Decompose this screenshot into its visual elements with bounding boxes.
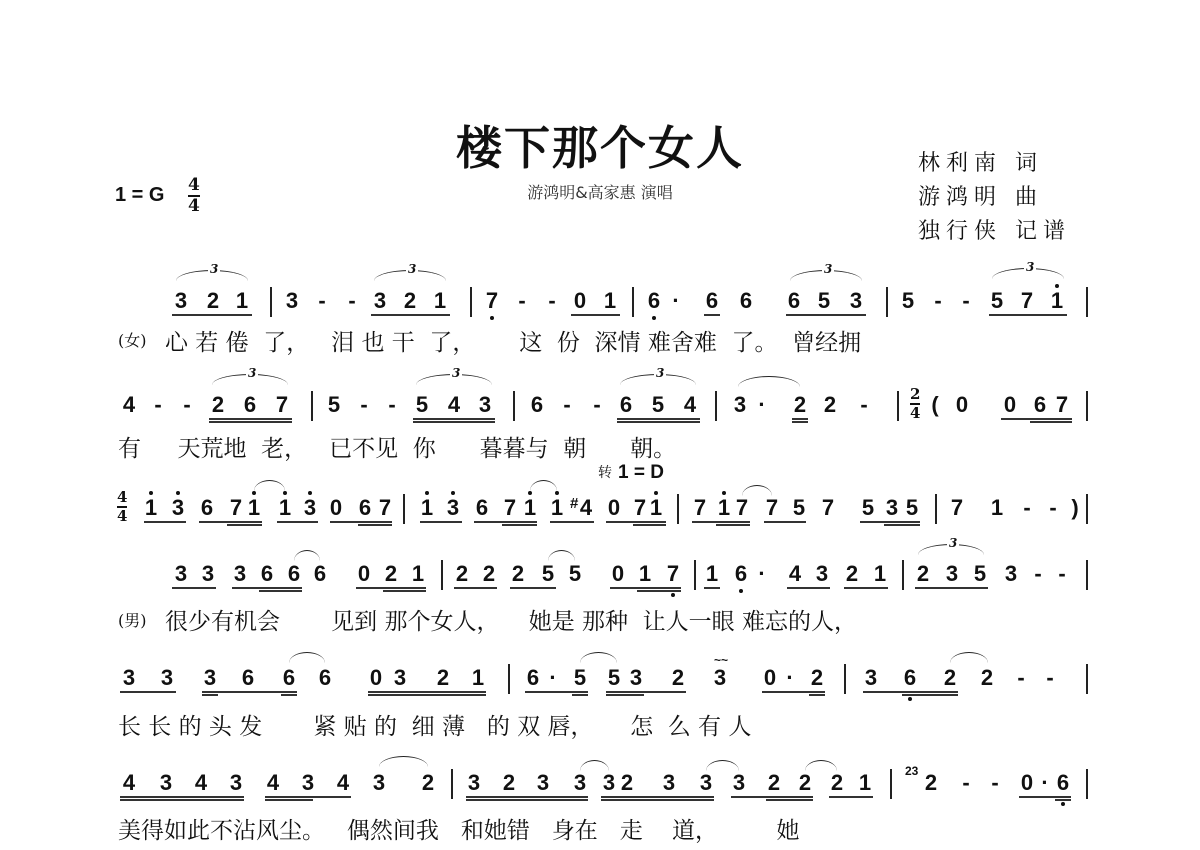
note: 2: [822, 394, 838, 416]
note: 1: [277, 497, 293, 519]
beam-underline: [1030, 421, 1072, 423]
slur-arc: [950, 652, 988, 663]
beam-underline: [202, 694, 218, 696]
beam-underline: [731, 796, 813, 798]
note: ·: [1037, 772, 1053, 794]
slur-arc: [580, 652, 617, 663]
note: 6: [357, 497, 373, 519]
barline: [451, 769, 453, 799]
note: 0: [606, 497, 622, 519]
note: 3: [232, 563, 248, 585]
note: 7: [1054, 394, 1070, 416]
note: 7: [734, 497, 750, 519]
beam-underline: [199, 521, 262, 523]
note: 3: [445, 497, 461, 519]
note: ·: [668, 290, 684, 312]
beam-underline: [120, 796, 244, 798]
note: 0: [572, 290, 588, 312]
note: 3: [661, 772, 677, 794]
barline: [935, 494, 937, 524]
slur-arc: [580, 760, 609, 771]
note: 1: [857, 772, 873, 794]
note: 1: [716, 497, 732, 519]
note: -: [344, 290, 360, 312]
note: 5: [900, 290, 916, 312]
note: 4: [578, 497, 594, 519]
note: 6: [240, 667, 256, 689]
octave-dot: [451, 491, 455, 495]
lyric-text: (女): [118, 328, 147, 351]
lyric-text: (男): [118, 608, 147, 631]
beam-underline: [1055, 799, 1071, 801]
beam-underline: [277, 521, 318, 523]
note: 6: [242, 394, 258, 416]
note: 6: [525, 667, 541, 689]
note: -: [589, 394, 605, 416]
beam-underline: [209, 418, 292, 420]
note: 5: [540, 563, 556, 585]
beam-underline: [787, 587, 830, 589]
beam-underline: [265, 796, 351, 798]
barline: [403, 494, 405, 524]
lyricist-credit: 林利南 词: [918, 146, 1043, 177]
beam-underline: [120, 799, 244, 801]
slur-arc: [805, 760, 837, 771]
note: 1: [410, 563, 426, 585]
note: -: [559, 394, 575, 416]
note: -: [179, 394, 195, 416]
triplet-mark: 3: [208, 262, 220, 276]
triplet-mark: 3: [822, 262, 834, 276]
barline: [632, 287, 634, 317]
key-change-key: 1 = D: [618, 462, 664, 484]
triplet-mark: 3: [654, 366, 666, 380]
note: 0: [328, 497, 344, 519]
triplet-mark: 3: [246, 366, 258, 380]
beam-underline: [510, 587, 556, 589]
note: 7: [820, 497, 836, 519]
note: 4: [121, 394, 137, 416]
note: 6: [259, 563, 275, 585]
note: 2: [383, 563, 399, 585]
barline: [897, 391, 899, 421]
note: 5: [572, 667, 588, 689]
beam-underline: [633, 524, 666, 526]
triplet-mark: 3: [450, 366, 462, 380]
triplet-mark: 3: [406, 262, 418, 276]
note: 7: [377, 497, 393, 519]
note: 0: [1019, 772, 1035, 794]
barline: [470, 287, 472, 317]
grace-notes: 23: [905, 760, 918, 782]
beam-underline: [227, 524, 262, 526]
note: 3: [170, 497, 186, 519]
note: 1: [522, 497, 538, 519]
time-signature-change: 24: [910, 387, 920, 421]
note: 3: [814, 563, 830, 585]
note: 1: [432, 290, 448, 312]
note: 3: [202, 667, 218, 689]
beam-underline: [571, 314, 620, 316]
note: 4: [335, 772, 351, 794]
octave-dot: [555, 491, 559, 495]
note: -: [987, 772, 1003, 794]
beam-underline: [413, 418, 495, 420]
note: 2: [510, 563, 526, 585]
note: 3: [371, 772, 387, 794]
beam-underline: [792, 418, 808, 420]
barline: [677, 494, 679, 524]
beam-underline: [1001, 418, 1072, 420]
note: -: [514, 290, 530, 312]
lyric-text: 很少有机会 见到 那个女人， 她是 那种 让人一眼 难忘的人，: [165, 603, 857, 636]
note: 3: [848, 290, 864, 312]
barline: [715, 391, 717, 421]
note: 0: [1002, 394, 1018, 416]
note: 4: [787, 563, 803, 585]
beam-underline: [606, 521, 666, 523]
octave-dot: [252, 491, 256, 495]
octave-dot: [308, 491, 312, 495]
note: -: [1019, 497, 1035, 519]
barline: [508, 664, 510, 694]
slur-arc: [706, 760, 739, 771]
note: 1: [246, 497, 262, 519]
note: 6: [474, 497, 490, 519]
barline: [890, 769, 892, 799]
beam-underline: [232, 587, 302, 589]
beam-underline: [766, 799, 813, 801]
note: 6: [529, 394, 545, 416]
note: 2: [210, 394, 226, 416]
composer-credit: 游鸿明 曲: [918, 180, 1043, 211]
note: (: [927, 394, 943, 416]
note: -: [958, 772, 974, 794]
octave-dot: [671, 593, 675, 597]
beam-underline: [466, 796, 588, 798]
beam-underline: [172, 587, 216, 589]
beam-underline: [989, 314, 1067, 316]
beam-underline: [637, 590, 681, 592]
note: 1: [419, 497, 435, 519]
note: 5: [816, 290, 832, 312]
note: 7: [665, 563, 681, 585]
beam-underline: [502, 524, 537, 526]
beam-underline: [466, 799, 588, 801]
note: 3: [732, 394, 748, 416]
note: 5: [791, 497, 807, 519]
note: 1: [648, 497, 664, 519]
note: 6: [618, 394, 634, 416]
note: -: [384, 394, 400, 416]
slur-arc: [530, 480, 557, 491]
note: 5: [650, 394, 666, 416]
note: 6: [286, 563, 302, 585]
beam-underline: [704, 314, 720, 316]
note: 6: [317, 667, 333, 689]
note: 1: [470, 667, 486, 689]
note: 3: [228, 772, 244, 794]
beam-underline: [809, 694, 825, 696]
note: 3: [392, 667, 408, 689]
time-signature-change: 44: [117, 490, 127, 524]
note: 3: [535, 772, 551, 794]
slur-arc: [254, 480, 285, 491]
note: 7: [692, 497, 708, 519]
lyric-text: 美得如此不沾风尘。 偶然间我 和她错 身在 走 道， 她: [118, 812, 799, 845]
beam-underline: [356, 587, 426, 589]
beam-underline: [610, 587, 681, 589]
lyric-text: 有 天荒地 老， 已不见 你 暮暮与 朝 朝。: [118, 430, 676, 463]
barline: [1086, 664, 1088, 694]
note: 1: [602, 290, 618, 312]
beam-underline: [420, 521, 462, 523]
octave-dot: [908, 697, 912, 701]
note: 2: [670, 667, 686, 689]
slur-arc: [738, 376, 800, 387]
note: 3: [302, 497, 318, 519]
note: -: [356, 394, 372, 416]
note: 2: [402, 290, 418, 312]
lyric-text: 长 长 的 头 发 紧 贴 的 细 薄 的 双 唇， 怎 么 有 人: [118, 708, 751, 741]
barline: [270, 287, 272, 317]
note: 6: [646, 290, 662, 312]
beam-underline: [371, 314, 450, 316]
note: 0: [762, 667, 778, 689]
beam-underline: [550, 521, 594, 523]
note: 5: [860, 497, 876, 519]
note: -: [1054, 563, 1070, 585]
beam-underline: [786, 314, 866, 316]
barline: [886, 287, 888, 317]
note: 4: [682, 394, 698, 416]
note: 2: [915, 563, 931, 585]
beam-underline: [829, 796, 873, 798]
octave-dot: [176, 491, 180, 495]
note: 3: [159, 667, 175, 689]
note: 3: [944, 563, 960, 585]
barline: [902, 560, 904, 590]
note: 6: [281, 667, 297, 689]
barline: [844, 664, 846, 694]
beam-underline: [120, 691, 176, 693]
beam-underline: [330, 521, 392, 523]
note: 7: [764, 497, 780, 519]
barline: [1086, 494, 1088, 524]
note: -: [958, 290, 974, 312]
note: 2: [809, 667, 825, 689]
note: -: [856, 394, 872, 416]
note: 4: [121, 772, 137, 794]
beam-underline: [915, 587, 988, 589]
beam-underline: [172, 314, 252, 316]
beam-underline: [844, 587, 888, 589]
barline: [1086, 769, 1088, 799]
note: 4: [446, 394, 462, 416]
note: 2: [797, 772, 813, 794]
lyric-text: 心 若 倦 了， 泪 也 干 了， 这 份 深情 难舍难 了。 曾经拥: [165, 324, 861, 357]
note: ·: [754, 563, 770, 585]
beam-underline: [704, 587, 720, 589]
note: 3: [466, 772, 482, 794]
note: 2: [454, 563, 470, 585]
slur-arc: [289, 652, 325, 663]
beam-underline: [265, 799, 313, 801]
note: 3: [173, 290, 189, 312]
note: 1: [549, 497, 565, 519]
note: 6: [1055, 772, 1071, 794]
note: 1: [872, 563, 888, 585]
note: 3: [372, 290, 388, 312]
note: 2: [942, 667, 958, 689]
note: -: [150, 394, 166, 416]
note: 3: [601, 772, 617, 794]
note: ·: [782, 667, 798, 689]
beam-underline: [368, 694, 486, 696]
octave-dot: [739, 589, 743, 593]
barline: [1086, 391, 1088, 421]
note: 3: [477, 394, 493, 416]
note: 3: [158, 772, 174, 794]
beam-underline: [601, 799, 714, 801]
note: -: [544, 290, 560, 312]
key-signature: 1 = G: [115, 184, 164, 207]
beam-underline: [454, 587, 497, 589]
note: ): [1067, 497, 1083, 519]
note: 7: [1019, 290, 1035, 312]
barline: [311, 391, 313, 421]
beam-underline: [572, 694, 588, 696]
note: 2: [205, 290, 221, 312]
transcriber-credit: 独行侠 记谱: [918, 214, 1071, 245]
note: -: [1030, 563, 1046, 585]
note: 2: [619, 772, 635, 794]
mordent-mark: ~~: [713, 649, 729, 671]
note: 3: [628, 667, 644, 689]
note: 5: [904, 497, 920, 519]
note: 6: [902, 667, 918, 689]
octave-dot: [528, 491, 532, 495]
note: 3: [698, 772, 714, 794]
note: -: [1042, 667, 1058, 689]
beam-underline: [606, 691, 686, 693]
beam-underline: [358, 524, 392, 526]
note: 6: [704, 290, 720, 312]
beam-underline: [474, 521, 537, 523]
note: 3: [173, 563, 189, 585]
beam-underline: [144, 521, 186, 523]
note: 1: [234, 290, 250, 312]
key-change-prefix: 转: [598, 462, 612, 484]
note: 2: [435, 667, 451, 689]
beam-underline: [259, 590, 302, 592]
note: 3: [284, 290, 300, 312]
note: 2: [829, 772, 845, 794]
beam-underline: [617, 418, 700, 420]
note: 6: [1032, 394, 1048, 416]
beam-underline: [413, 421, 495, 423]
note: 7: [484, 290, 500, 312]
note: 2: [792, 394, 808, 416]
triplet-mark: 3: [947, 536, 959, 550]
note: 5: [326, 394, 342, 416]
note: -: [314, 290, 330, 312]
slur-arc: [379, 756, 428, 767]
note: ·: [754, 394, 770, 416]
beam-underline: [792, 421, 808, 423]
beam-underline: [281, 694, 297, 696]
beam-underline: [209, 421, 292, 423]
note: 3: [572, 772, 588, 794]
beam-underline: [860, 521, 920, 523]
note: 1: [704, 563, 720, 585]
slur-arc: [548, 550, 575, 561]
note: 1: [989, 497, 1005, 519]
beam-underline: [617, 421, 700, 423]
note: 2: [501, 772, 517, 794]
note: 6: [738, 290, 754, 312]
note: 0: [610, 563, 626, 585]
note: 3: [731, 772, 747, 794]
octave-dot: [654, 491, 658, 495]
octave-dot: [1055, 284, 1059, 288]
note: 4: [265, 772, 281, 794]
note: 6: [733, 563, 749, 585]
barline: [441, 560, 443, 590]
note: 5: [989, 290, 1005, 312]
sharp-sign: #: [570, 493, 578, 515]
note: 1: [143, 497, 159, 519]
barline: [1086, 287, 1088, 317]
beam-underline: [1019, 796, 1071, 798]
note: 0: [954, 394, 970, 416]
note: 2: [923, 772, 939, 794]
note: 5: [972, 563, 988, 585]
note: 5: [606, 667, 622, 689]
note: 5: [414, 394, 430, 416]
slur-arc: [742, 485, 772, 496]
note: 3: [121, 667, 137, 689]
note: 6: [312, 563, 328, 585]
beam-underline: [884, 524, 920, 526]
note: 3: [200, 563, 216, 585]
beam-underline: [902, 694, 958, 696]
beam-underline: [716, 524, 750, 526]
note: 0: [368, 667, 384, 689]
octave-dot: [283, 491, 287, 495]
note: 7: [228, 497, 244, 519]
beam-underline: [606, 694, 644, 696]
note: -: [1013, 667, 1029, 689]
octave-dot: [722, 491, 726, 495]
note: 0: [356, 563, 372, 585]
octave-dot: [149, 491, 153, 495]
note: 2: [844, 563, 860, 585]
beam-underline: [863, 691, 958, 693]
beam-underline: [762, 691, 825, 693]
beam-underline: [368, 691, 486, 693]
note: 1: [1049, 290, 1065, 312]
note: 7: [274, 394, 290, 416]
note: 4: [193, 772, 209, 794]
triplet-mark: 3: [1024, 260, 1036, 274]
note: ·: [545, 667, 561, 689]
beam-underline: [764, 521, 806, 523]
note: -: [1045, 497, 1061, 519]
octave-dot: [490, 316, 494, 320]
note: 3: [300, 772, 316, 794]
note: 2: [420, 772, 436, 794]
